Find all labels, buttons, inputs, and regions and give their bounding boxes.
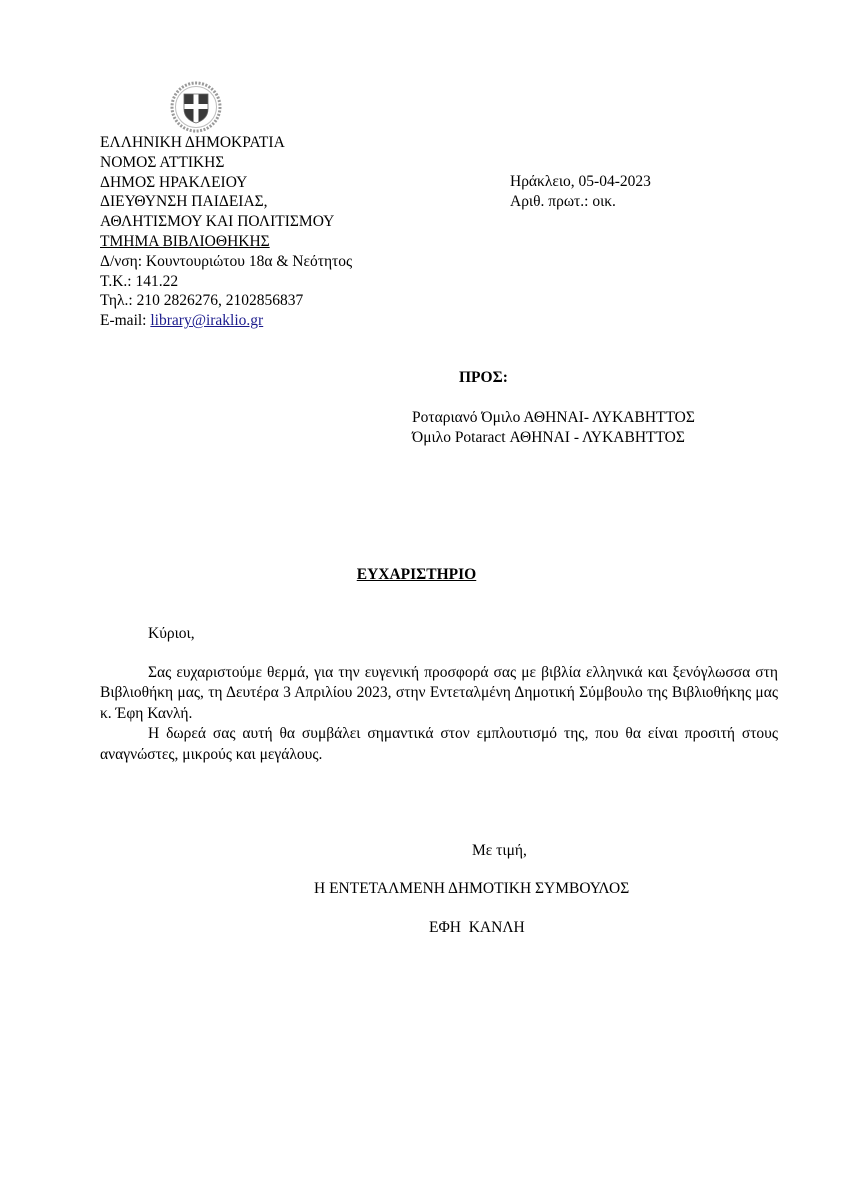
document-meta: Ηράκλειο, 05-04-2023 Αριθ. πρωτ.: οικ. (510, 172, 651, 212)
salutation: Κύριοι, (148, 625, 195, 643)
recipient-block: Ροταριανό Όμιλο ΑΘΗΝΑΙ- ΛΥΚΑΒΗΤΤΟΣ Όμιλο… (412, 408, 695, 448)
sender-line-directorate: ΔΙΕΥΘΥΝΣΗ ΠΑΙΔΕΙΑΣ, (100, 192, 352, 212)
sender-line-country: ΕΛΛΗΝΙΚΗ ΔΗΜΟΚΡΑΤΙΑ (100, 133, 352, 153)
document-title: ΕΥΧΑΡΙΣΤΗΡΙΟ (0, 566, 845, 584)
recipient-line: Ροταριανό Όμιλο ΑΘΗΝΑΙ- ΛΥΚΑΒΗΤΤΟΣ (412, 408, 695, 428)
recipient-label: ΠΡΟΣ: (459, 369, 508, 387)
letter-body: Σας ευχαριστούμε θερμά, για την ευγενική… (100, 663, 778, 765)
email-label: E-mail: (100, 312, 150, 329)
sender-postal-code: Τ.Κ.: 141.22 (100, 272, 352, 292)
body-paragraph: Σας ευχαριστούμε θερμά, για την ευγενική… (100, 663, 778, 724)
sender-line-prefecture: ΝΟΜΟΣ ΑΤΤΙΚΗΣ (100, 153, 352, 173)
sender-block: ΕΛΛΗΝΙΚΗ ΔΗΜΟΚΡΑΤΙΑ ΝΟΜΟΣ ΑΤΤΙΚΗΣ ΔΗΜΟΣ … (100, 133, 352, 331)
sender-line-municipality: ΔΗΜΟΣ ΗΡΑΚΛΕΙΟΥ (100, 173, 352, 193)
email-link[interactable]: library@iraklio.gr (150, 312, 263, 329)
sender-email-line: E-mail: library@iraklio.gr (100, 311, 352, 331)
document-title-text: ΕΥΧΑΡΙΣΤΗΡΙΟ (357, 566, 477, 583)
sender-phone: Τηλ.: 210 2826276, 2102856837 (100, 291, 352, 311)
signer-name: ΕΦΗ ΚΑΝΛΗ (429, 919, 525, 937)
greek-coat-of-arms-icon (169, 80, 223, 134)
sender-address: Δ/νση: Κουντουριώτου 18α & Νεότητος (100, 252, 352, 272)
closing: Με τιμή, (472, 842, 527, 860)
place-date: Ηράκλειο, 05-04-2023 (510, 172, 651, 192)
body-paragraph: Η δωρεά σας αυτή θα συμβάλει σημαντικά σ… (100, 724, 778, 765)
recipient-line: Όμιλο Potaract ΑΘΗΝΑΙ - ΛΥΚΑΒΗΤΤΟΣ (412, 428, 695, 448)
sender-line-directorate-cont: ΑΘΛΗΤΙΣΜΟΥ ΚΑΙ ΠΟΛΙΤΙΣΜΟΥ (100, 212, 352, 232)
sender-department: ΤΜΗΜΑ ΒΙΒΛΙΟΘΗΚΗΣ (100, 232, 352, 252)
protocol-number: Αριθ. πρωτ.: οικ. (510, 192, 651, 212)
signer-title: Η ΕΝΤΕΤΑΛΜΕΝΗ ΔΗΜΟΤΙΚΗ ΣΥΜΒΟΥΛΟΣ (314, 880, 629, 898)
document-page: ΕΛΛΗΝΙΚΗ ΔΗΜΟΚΡΑΤΙΑ ΝΟΜΟΣ ΑΤΤΙΚΗΣ ΔΗΜΟΣ … (0, 0, 845, 1200)
